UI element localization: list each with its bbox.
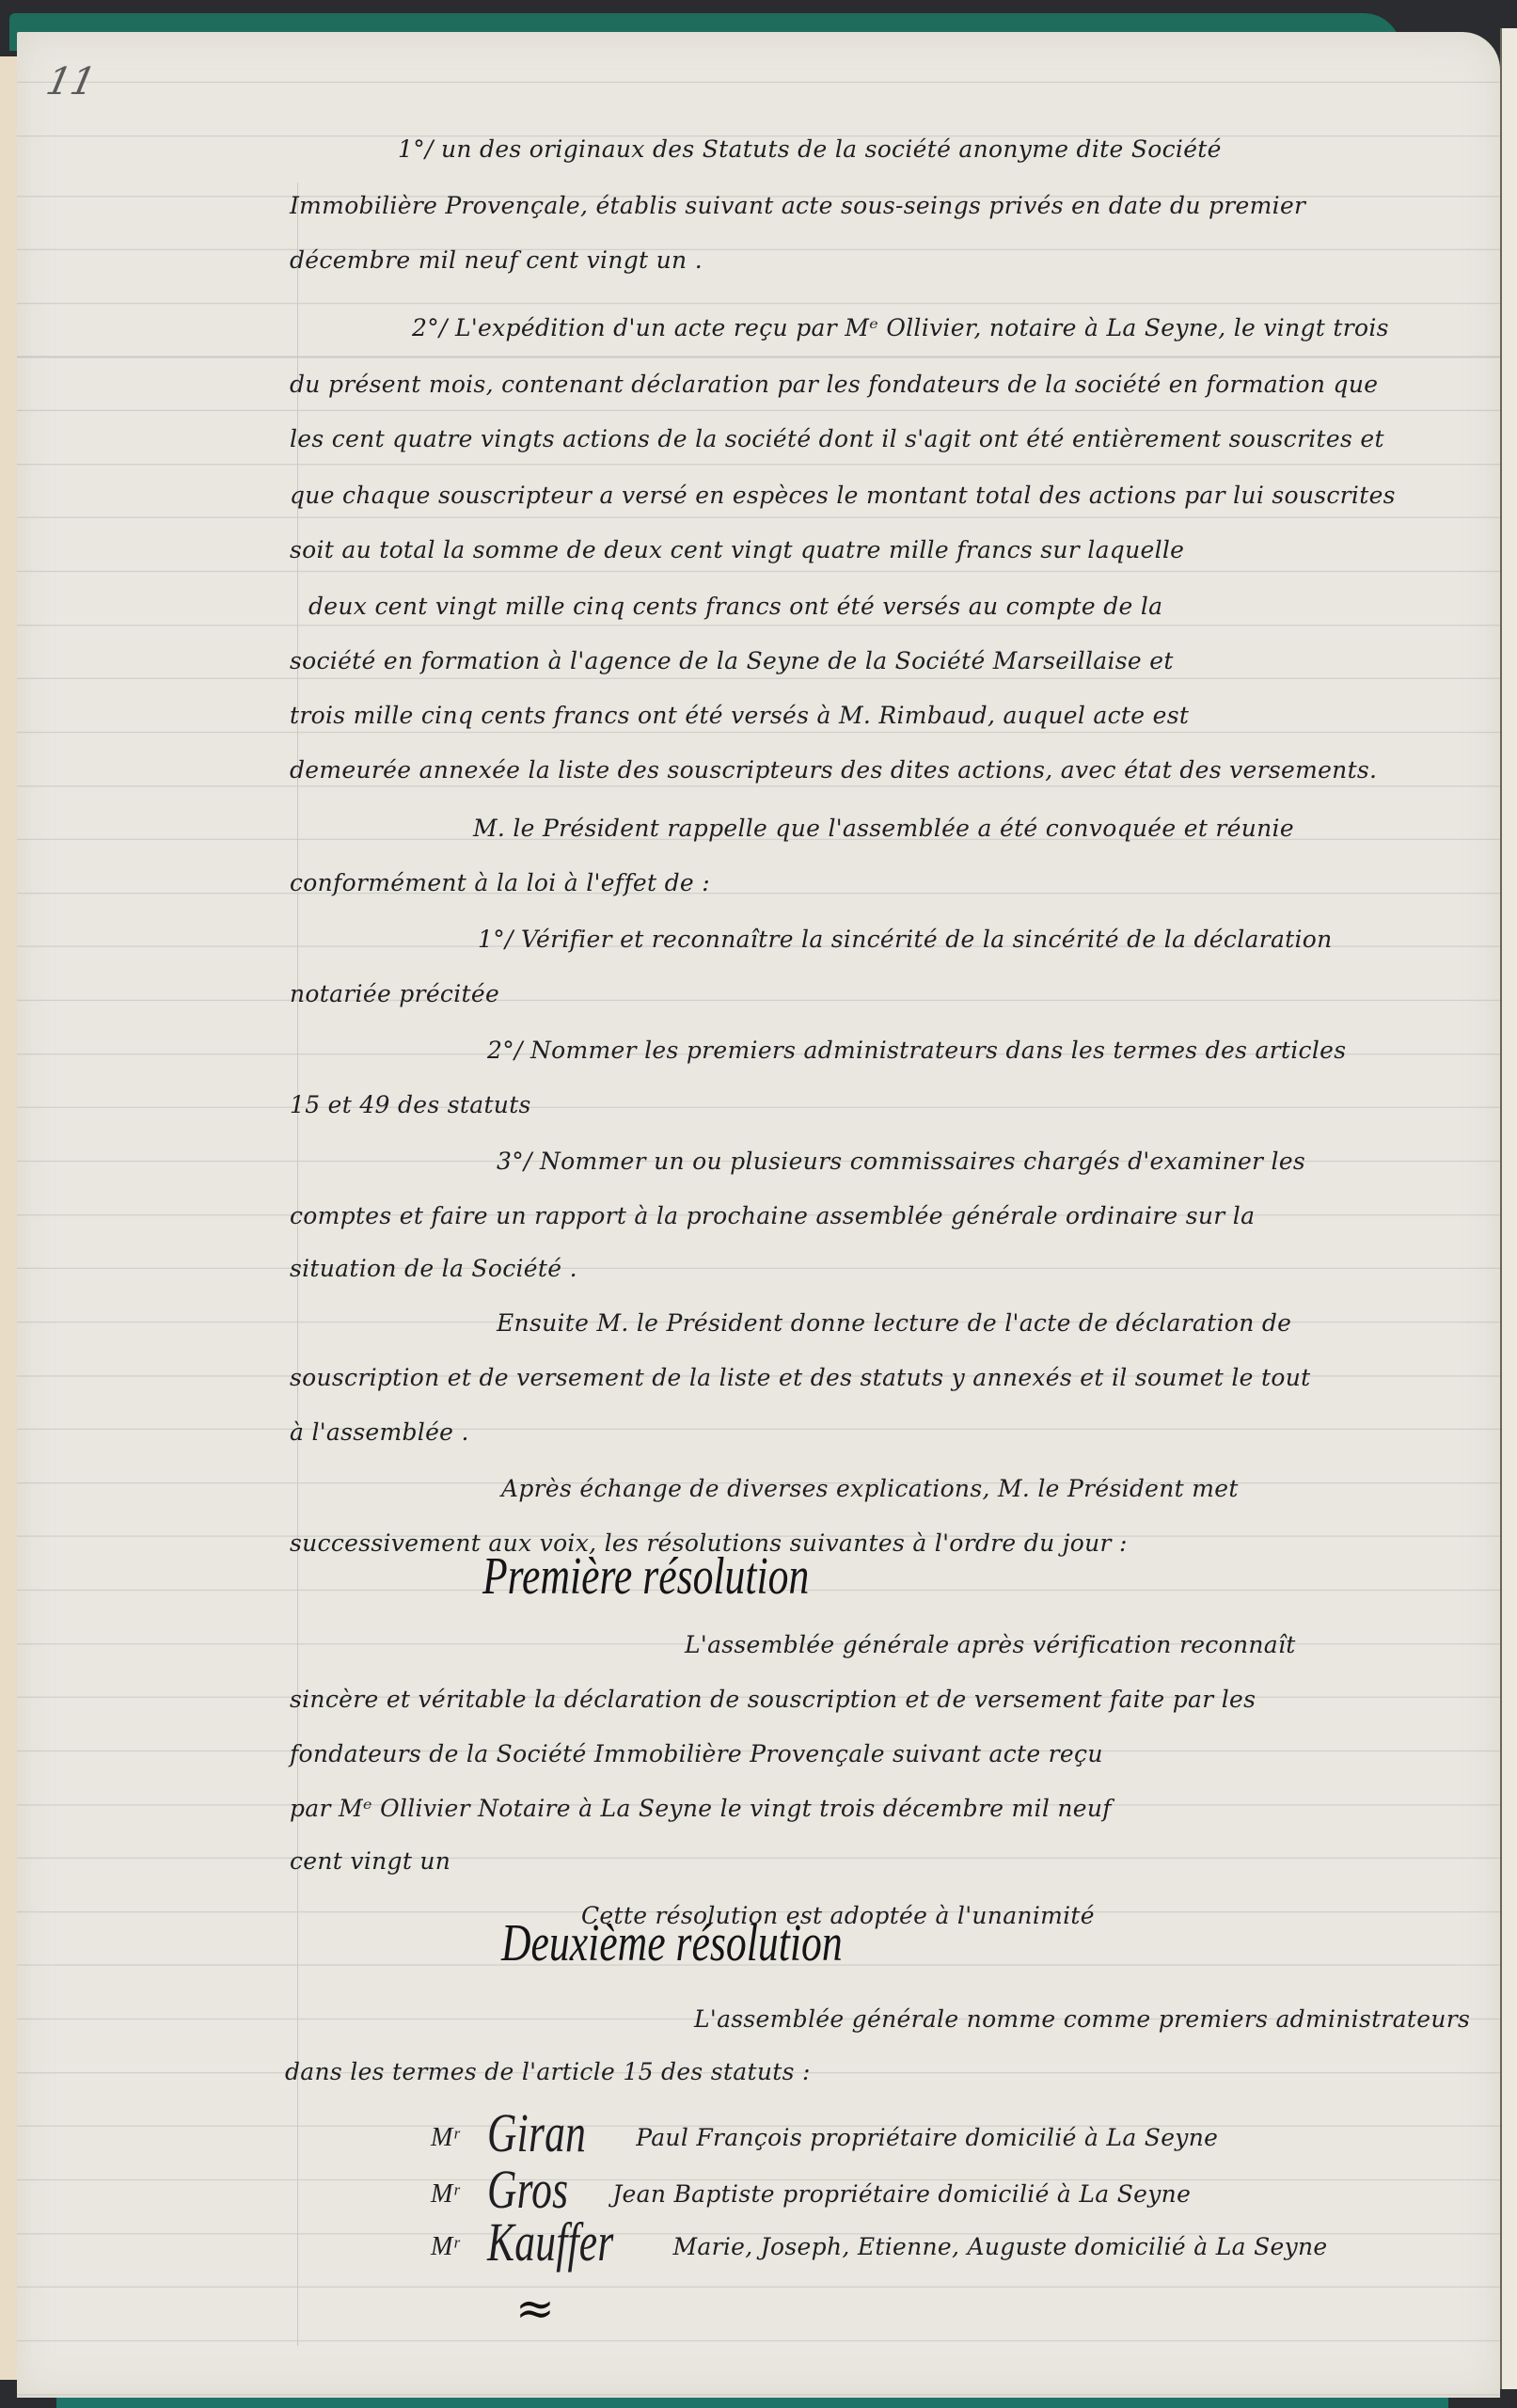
- text-line: deux cent vingt mille cinq cents francs …: [308, 593, 1162, 620]
- text-line: trois mille cinq cents francs ont été ve…: [290, 702, 1189, 729]
- resolution-1-heading: Première résolution: [482, 1546, 809, 1607]
- administrator-surname: Kauffer: [487, 2210, 614, 2273]
- administrator-title: Mʳ: [431, 2232, 459, 2261]
- administrator-title: Mʳ: [431, 2123, 459, 2152]
- text-line: conformément à la loi à l'effet de :: [290, 869, 710, 896]
- resolution-2-heading: Deuxième résolution: [501, 1913, 843, 1973]
- text-line: cent vingt un: [290, 1847, 450, 1875]
- text-line: dans les termes de l'article 15 des stat…: [285, 2058, 811, 2085]
- text-line: L'assemblée générale nomme comme premier…: [694, 2005, 1470, 2033]
- text-line: souscription et de versement de la liste…: [290, 1364, 1310, 1391]
- text-line: 3°/ Nommer un ou plusieurs commissaires …: [497, 1148, 1305, 1175]
- page-stack-edge: [1500, 28, 1517, 2389]
- text-line: 2°/ L'expédition d'un acte reçu par Mᵉ O…: [412, 314, 1389, 341]
- text-line: Après échange de diverses explications, …: [501, 1475, 1239, 1502]
- text-line: fondateurs de la Société Immobilière Pro…: [290, 1740, 1103, 1767]
- text-line: par Mᵉ Ollivier Notaire à La Seyne le vi…: [290, 1795, 1112, 1822]
- text-line: comptes et faire un rapport à la prochai…: [290, 1202, 1255, 1229]
- administrator-details: Paul François propriétaire domicilié à L…: [636, 2124, 1218, 2151]
- text-line: que chaque souscripteur a versé en espèc…: [290, 482, 1396, 509]
- administrator-surname: Giran: [487, 2101, 586, 2164]
- administrator-details: Marie, Joseph, Etienne, Auguste domicili…: [673, 2233, 1328, 2260]
- text-line: 15 et 49 des statuts: [290, 1091, 531, 1118]
- text-line: 2°/ Nommer les premiers administrateurs …: [487, 1037, 1346, 1064]
- text-line: décembre mil neuf cent vingt un .: [290, 246, 703, 274]
- administrator-title: Mʳ: [431, 2179, 459, 2209]
- text-line: à l'assemblée .: [290, 1418, 469, 1446]
- text-line: soit au total la somme de deux cent ving…: [290, 536, 1184, 563]
- text-line: 1°/ Vérifier et reconnaître la sincérité…: [478, 926, 1333, 953]
- text-line: les cent quatre vingts actions de la soc…: [290, 425, 1384, 452]
- text-line: Immobilière Provençale, établis suivant …: [290, 192, 1305, 219]
- end-flourish: ≈: [515, 2281, 555, 2336]
- text-line: M. le Président rappelle que l'assemblée…: [473, 815, 1294, 842]
- administrator-details: Jean Baptiste propriétaire domicilié à L…: [612, 2180, 1191, 2208]
- text-line: du présent mois, contenant déclaration p…: [290, 371, 1378, 398]
- text-line: notariée précitée: [290, 980, 499, 1007]
- ledger-page: 11 1°/ un des originaux des Statuts de l…: [17, 32, 1500, 2398]
- administrator-row: MʳKaufferMarie, Joseph, Etienne, Auguste…: [431, 2210, 1328, 2273]
- text-line: sincère et véritable la déclaration de s…: [290, 1686, 1256, 1713]
- text-line: L'assemblée générale après vérification …: [685, 1631, 1296, 1658]
- text-line: société en formation à l'agence de la Se…: [290, 647, 1174, 674]
- page-number: 11: [42, 60, 100, 103]
- text-line: demeurée annexée la liste des souscripte…: [290, 756, 1377, 784]
- text-line: situation de la Société .: [290, 1255, 577, 1282]
- text-line: 1°/ un des originaux des Statuts de la s…: [398, 135, 1222, 163]
- facing-page-edge: [0, 56, 17, 2380]
- administrator-row: MʳGiranPaul François propriétaire domici…: [431, 2101, 1218, 2164]
- text-line: Ensuite M. le Président donne lecture de…: [497, 1309, 1291, 1337]
